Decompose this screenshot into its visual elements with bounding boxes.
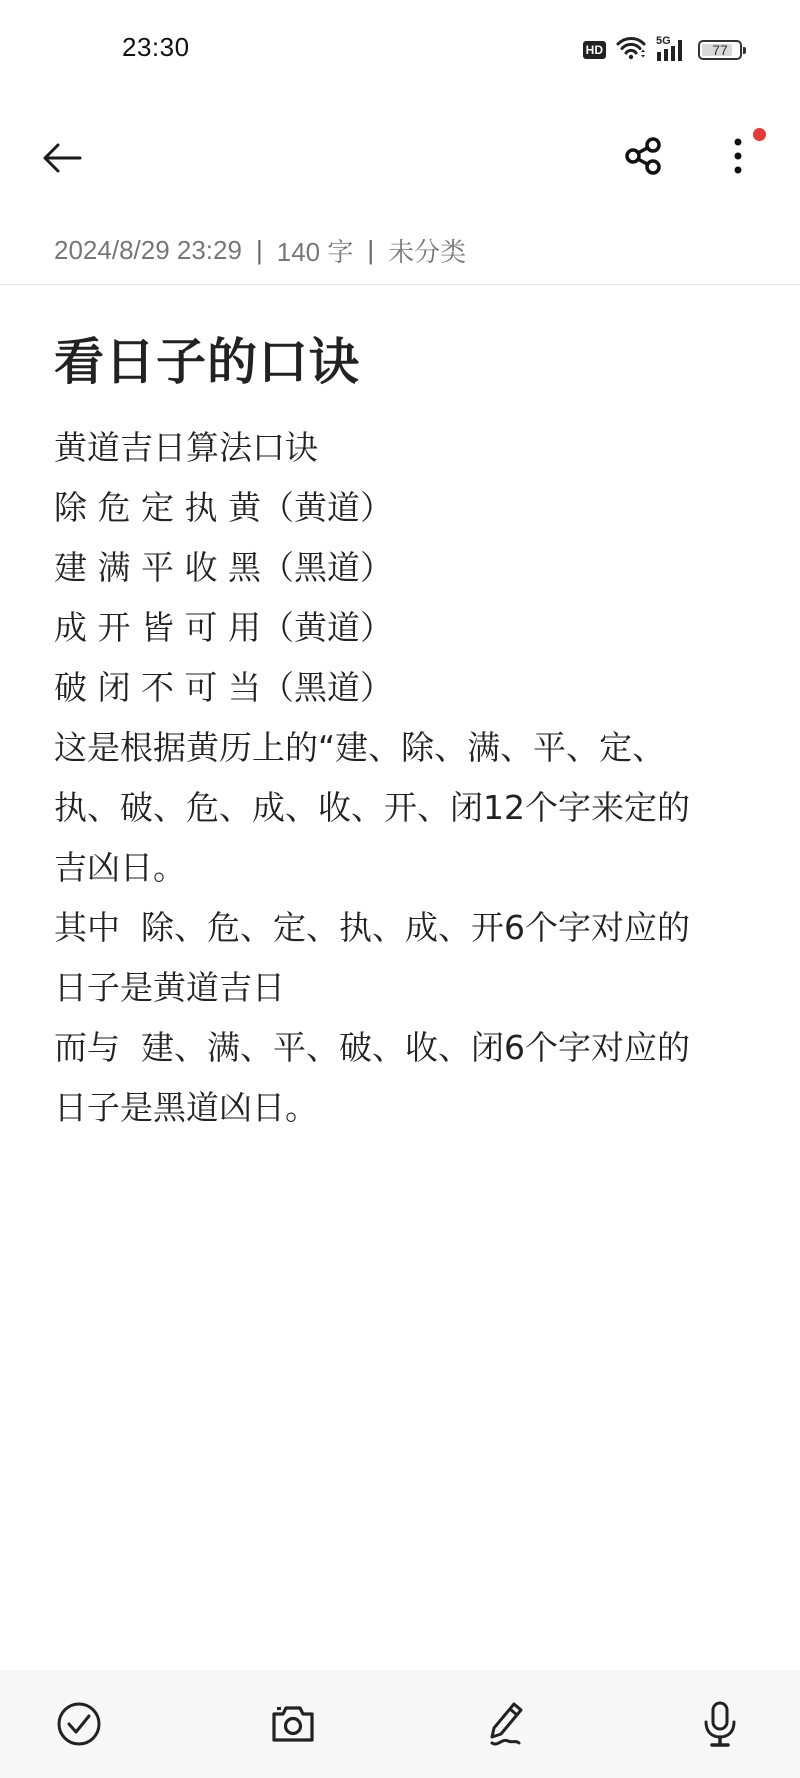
body-line: 日子是黑道凶日。 bbox=[54, 1078, 754, 1138]
body-line: 成 开 皆 可 用（黄道） bbox=[54, 598, 754, 658]
note-datetime: 2024/8/29 23:29 bbox=[54, 235, 242, 266]
microphone-icon bbox=[700, 1700, 740, 1748]
note-body[interactable]: 黄道吉日算法口诀 除 危 定 执 黄（黄道） 建 满 平 收 黑（黑道） 成 开… bbox=[54, 418, 754, 1138]
share-button[interactable] bbox=[620, 132, 668, 180]
check-circle-icon bbox=[56, 1701, 102, 1747]
status-icons: HD 5G 77 bbox=[583, 36, 742, 64]
hd-icon: HD bbox=[583, 41, 606, 59]
body-line: 黄道吉日算法口诀 bbox=[54, 418, 754, 478]
body-line: 而与 建、满、平、破、收、闭6个字对应的 bbox=[54, 1018, 754, 1078]
notification-dot bbox=[753, 128, 766, 141]
note-meta: 2024/8/29 23:29 | 140 字 | 未分类 bbox=[54, 232, 466, 269]
body-line: 日子是黄道吉日 bbox=[54, 958, 754, 1018]
body-line: 吉凶日。 bbox=[54, 838, 754, 898]
back-button[interactable] bbox=[38, 134, 86, 182]
bottom-toolbar bbox=[0, 1670, 800, 1778]
body-line: 执、破、危、成、收、开、闭12个字来定的 bbox=[54, 778, 754, 838]
note-title[interactable]: 看日子的口诀 bbox=[54, 322, 360, 394]
camera-icon bbox=[270, 1703, 316, 1745]
body-line: 建 满 平 收 黑（黑道） bbox=[54, 538, 754, 598]
cellular-signal-icon: 5G bbox=[656, 38, 688, 62]
note-word-count: 140 字 bbox=[277, 232, 354, 269]
body-line: 这是根据黄历上的“建、除、满、平、定、 bbox=[54, 718, 754, 778]
battery-icon: 77 bbox=[698, 40, 742, 60]
note-category[interactable]: 未分类 bbox=[388, 232, 466, 269]
meta-separator: | bbox=[367, 235, 374, 266]
meta-separator: | bbox=[256, 235, 263, 266]
handwriting-button[interactable] bbox=[481, 1698, 533, 1750]
arrow-left-icon bbox=[42, 142, 82, 174]
share-icon bbox=[624, 136, 664, 176]
more-vertical-icon bbox=[732, 136, 744, 176]
voice-input-button[interactable] bbox=[694, 1698, 746, 1750]
body-line: 除 危 定 执 黄（黄道） bbox=[54, 478, 754, 538]
camera-button[interactable] bbox=[267, 1698, 319, 1750]
wifi-icon bbox=[616, 36, 646, 64]
checklist-button[interactable] bbox=[53, 1698, 105, 1750]
body-line: 其中 除、危、定、执、成、开6个字对应的 bbox=[54, 898, 754, 958]
body-line: 破 闭 不 可 当（黑道） bbox=[54, 658, 754, 718]
battery-level: 77 bbox=[700, 42, 740, 58]
status-time: 23:30 bbox=[122, 32, 190, 63]
header-divider bbox=[0, 284, 800, 285]
pen-icon bbox=[484, 1700, 530, 1748]
